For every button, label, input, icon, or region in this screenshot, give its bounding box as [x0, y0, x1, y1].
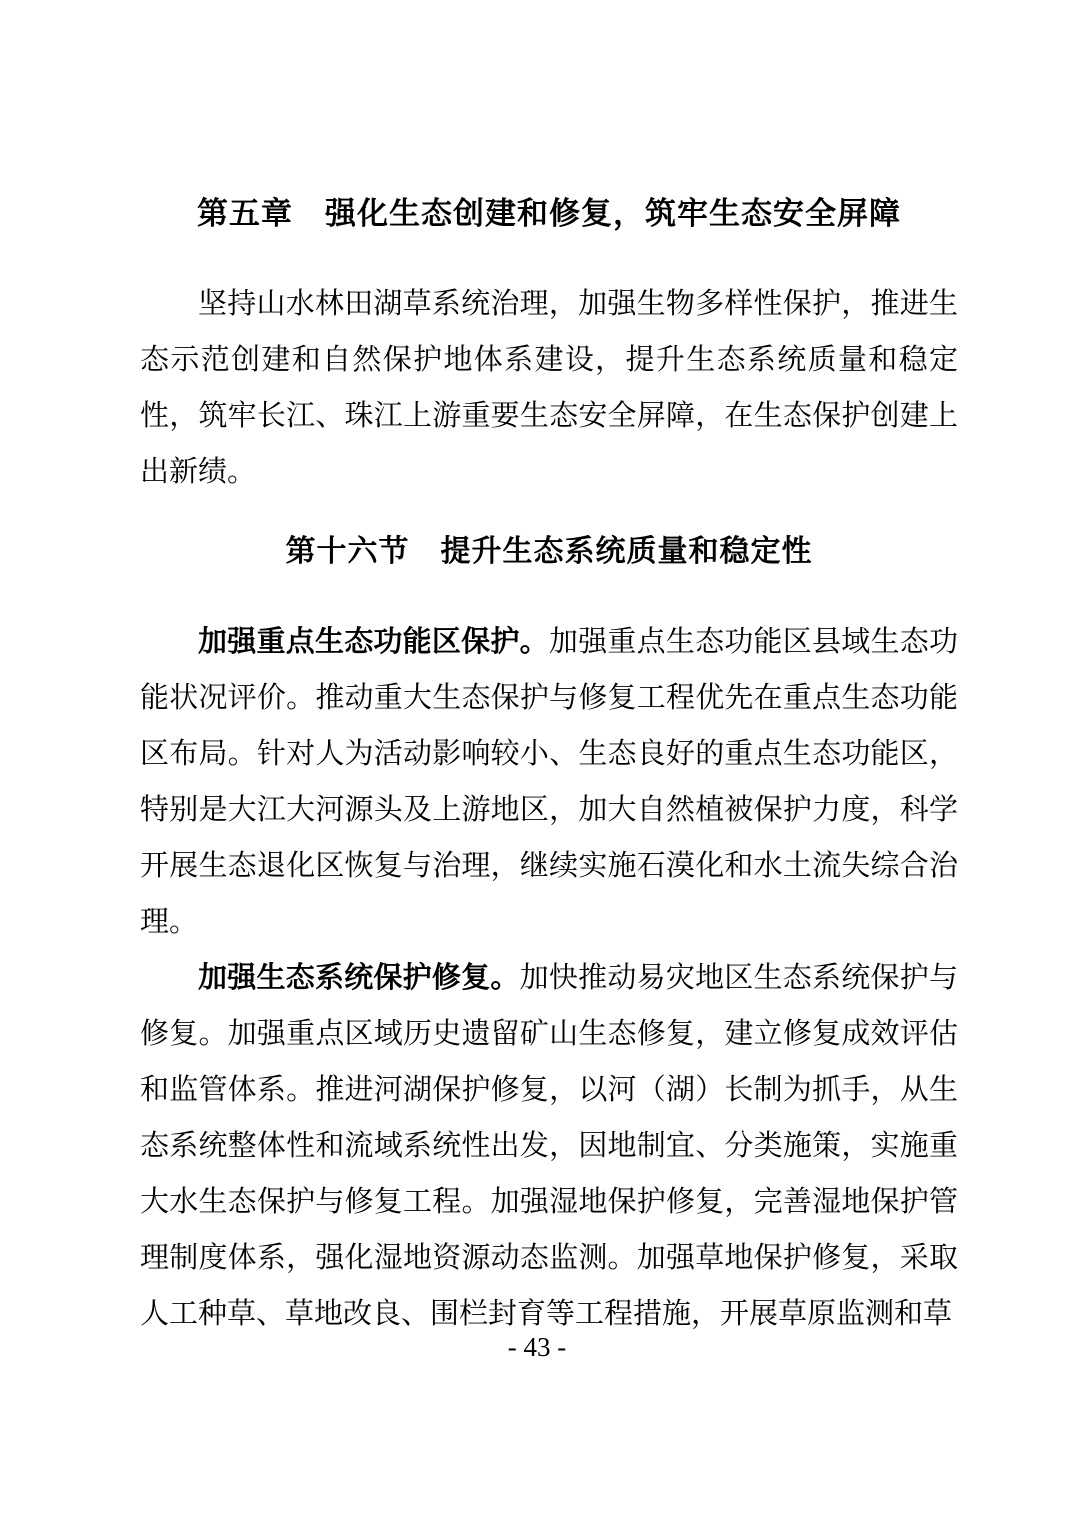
paragraph-lead: 加强生态系统保护修复。 [198, 962, 520, 994]
paragraph-lead: 加强重点生态功能区保护。 [198, 626, 549, 658]
section-title: 第十六节 提升生态系统质量和稳定性 [140, 530, 958, 574]
paragraph: 加强重点生态功能区保护。加强重点生态功能区县域生态功能状况评价。推动重大生态保护… [140, 614, 958, 950]
document-page: 第五章 强化生态创建和修复，筑牢生态安全屏障 坚持山水林田湖草系统治理，加强生物… [0, 0, 1074, 1520]
paragraph-text: 加强重点生态功能区县域生态功能状况评价。推动重大生态保护与修复工程优先在重点生态… [140, 626, 958, 938]
page-number: - 43 - [0, 1332, 1074, 1363]
chapter-title: 第五章 强化生态创建和修复，筑牢生态安全屏障 [140, 192, 958, 236]
intro-paragraph: 坚持山水林田湖草系统治理，加强生物多样性保护，推进生态示范创建和自然保护地体系建… [140, 276, 958, 500]
paragraph: 加强生态系统保护修复。加快推动易灾地区生态系统保护与修复。加强重点区域历史遗留矿… [140, 950, 958, 1342]
paragraph-text: 加快推动易灾地区生态系统保护与修复。加强重点区域历史遗留矿山生态修复，建立修复成… [140, 962, 958, 1330]
